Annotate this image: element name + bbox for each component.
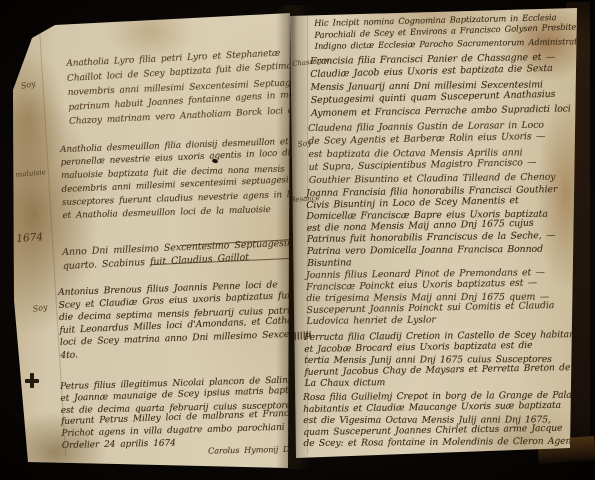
margin-note-place: maluisie (15, 167, 46, 179)
margin-note-year: 1674 (16, 231, 44, 245)
baptism-entry: Anatholia desmeuillon filia dionisij des… (60, 136, 301, 223)
baptism-entry: Anatholia Lyro filia petri Lyro et Steph… (66, 46, 304, 130)
baptism-entry: Rosa filia Guilielmj Crepot in borg de l… (303, 390, 572, 450)
manuscript-photo: Soy maluisie 1674 Soy Anatholia Lyro fil… (0, 0, 595, 480)
baptism-entry: Joannis filius Leonard Pinot de Premonda… (306, 267, 573, 328)
year-heading: Anno Dni millesimo Sexcentesimo Septuage… (62, 237, 299, 274)
baptism-entry: Francisia filia Francisci Panier de Chas… (310, 50, 573, 120)
baptism-entry: Perructa filia Claudij Cretion in Castel… (304, 329, 573, 389)
register-title: Hic Incipit nomina Cognomina Baptizatoru… (314, 12, 575, 53)
baptism-entry: Petrus filius illegitimus Nicolai planco… (60, 375, 302, 452)
margin-note-place: Soy (20, 79, 36, 91)
baptism-entry: Antonius Brenous filius Joannis Penne lo… (58, 279, 300, 363)
baptism-entry: Joanna Francisia filia honorabilis Franc… (306, 184, 573, 269)
margin-note-place: Soy (32, 302, 48, 313)
cross-mark-icon (25, 373, 39, 388)
baptism-entry: Claudena filia Joannis Gustin de Lorasar… (308, 118, 573, 187)
